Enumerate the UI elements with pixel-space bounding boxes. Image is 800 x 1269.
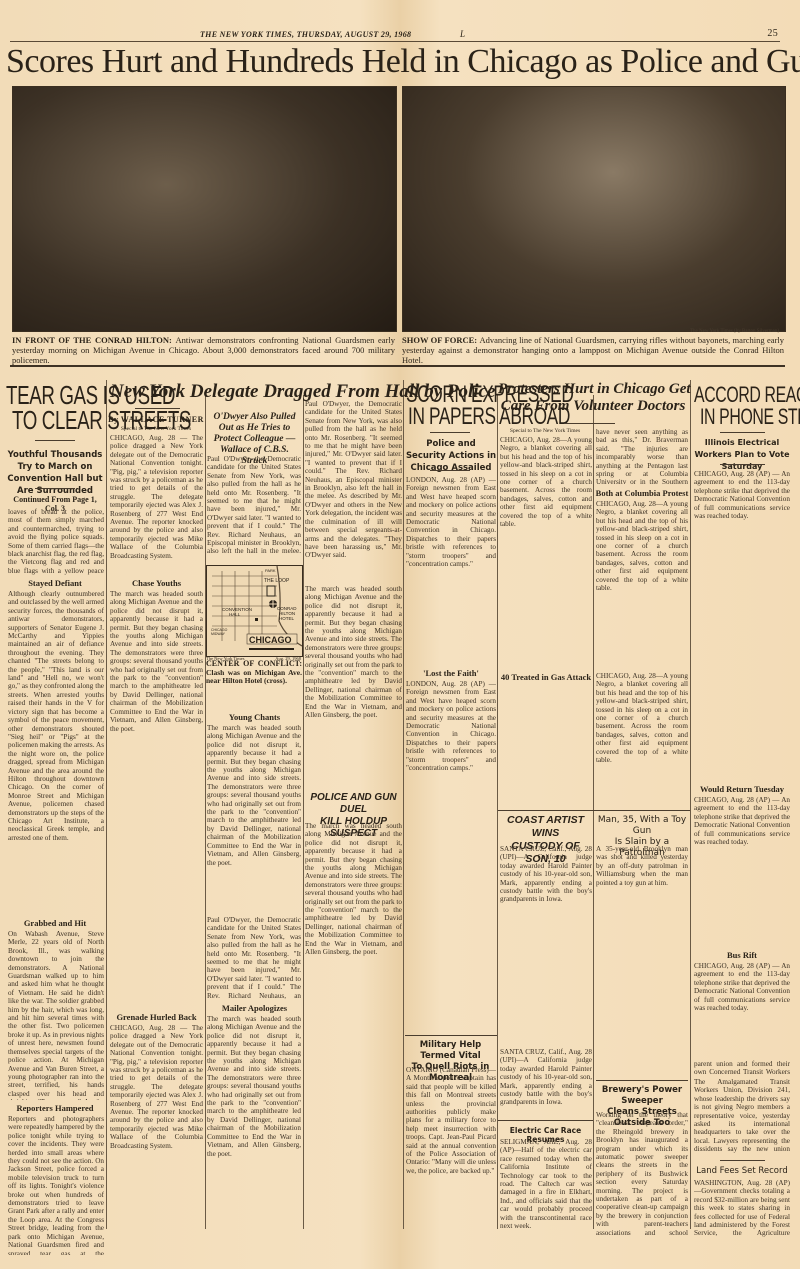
article-body: The march was headed south along Michiga…	[110, 590, 203, 1010]
article-body: parent union and formed their own Concer…	[694, 1060, 790, 1075]
column-rule	[106, 380, 107, 1229]
headline-protesters-hurt: Protesters Hurt in Chicago Get Care From…	[498, 381, 688, 415]
headline-line: Military Help Termed Vital	[404, 1040, 497, 1062]
column-rule	[303, 395, 304, 1229]
photo-conrad-hilton	[12, 86, 397, 332]
article-body: On Wabash Avenue, Steve Merle, 22 years …	[8, 930, 104, 1100]
deck-tear-gas: Youthful Thousands Try to March on Conve…	[6, 449, 104, 497]
article-body: SELIGMAN, Ariz., Aug. 28 (AP)—Half of th…	[500, 1138, 592, 1238]
subhead: Would Return Tuesday	[692, 784, 792, 794]
divider	[720, 432, 765, 433]
article-body: CHICAGO, Aug. 28 — The police dragged a …	[110, 1024, 203, 1254]
subhead: 'Lost the Faith'	[405, 668, 497, 678]
headline-line: Care From Volunteer Doctors	[498, 398, 688, 415]
article-body: CHICAGO, Aug. 28 (AP) — An agreement to …	[694, 962, 790, 1057]
article-body: loaves of bread at the police, most of t…	[8, 508, 104, 576]
article-body: SANTA CRUZ, Calif., Aug. 28 (UPI)—A Cali…	[500, 845, 592, 1045]
divider	[720, 1160, 765, 1161]
article-body: WASHINGTON, Aug. 28 (AP) —Government che…	[694, 1179, 790, 1239]
article-body: CHICAGO, Aug. 28—A young Negro, a blanke…	[596, 500, 688, 670]
subhead: Bus Rift	[692, 950, 792, 960]
svg-text:PARK: PARK	[265, 568, 276, 573]
divider	[135, 408, 180, 409]
subhead-text: O'Dwyer Also Pulled Out as He Tries to P…	[214, 412, 296, 444]
svg-text:THE LOOP: THE LOOP	[264, 578, 290, 584]
section-rule	[10, 365, 785, 367]
article-body: The march was headed south along Michiga…	[305, 585, 402, 765]
divider	[565, 423, 615, 424]
article-body: have never seen anything as bad as this,…	[596, 428, 688, 484]
folio-line: THE NEW YORK TIMES, THURSDAY, AUGUST 29,…	[10, 27, 780, 42]
article-body: Paul O'Dwyer, the Democratic candidate f…	[305, 400, 402, 580]
divider	[430, 470, 470, 471]
page-number: 25	[767, 28, 778, 39]
special-line: Special to The New York Times	[108, 426, 204, 432]
column-rule	[690, 380, 691, 1229]
headline-line: POLICE AND GUN DUEL	[305, 792, 402, 816]
article-body: ONTARIO (Canadian Press)—A Montreal poli…	[406, 1066, 496, 1256]
cross-marker-icon	[269, 600, 277, 608]
article-body: The march was headed south along Michiga…	[207, 724, 301, 914]
article-body: CHICAGO, Aug. 28 (AP) — An agreement to …	[694, 470, 790, 780]
column-rule	[403, 380, 404, 1229]
photo-credit: The New York Times (by Barton Silverman)	[690, 329, 779, 334]
headline-line: COAST ARTIST WINS	[498, 814, 593, 840]
article-body: A 35-year-old Brooklyn man was shot and …	[596, 845, 688, 1060]
article-body: Paul O'Dwyer, the Democratic candidate f…	[207, 455, 301, 555]
column-rule	[497, 395, 498, 1229]
article-body: Paul O'Dwyer, the Democratic candidate f…	[207, 916, 301, 1001]
article-body: The march was headed south along Michiga…	[207, 1015, 301, 1255]
article-body: The Amalgamated Transit Workers Union, D…	[694, 1078, 790, 1153]
deck-scorn: Police and Security Actions in Chicago A…	[405, 438, 497, 474]
edition-letter: L	[460, 29, 465, 39]
divider	[35, 488, 75, 489]
subhead: Mailer Apologizes	[207, 1003, 302, 1013]
divider	[498, 1120, 593, 1121]
newspaper-page: THE NEW YORK TIMES, THURSDAY, AUGUST 29,…	[0, 0, 800, 1269]
headline-accord-2: IN PHONE STRIKE	[700, 405, 800, 429]
headline-line: Man, 35, With a Toy Gun	[595, 815, 689, 837]
subhead: Chase Youths	[110, 578, 203, 588]
banner-headline: Scores Hurt and Hundreds Held in Chicago…	[6, 42, 796, 82]
svg-text:HALL: HALL	[229, 612, 241, 617]
byline: By WALLACE TURNER	[108, 415, 204, 424]
subhead: Young Chants	[207, 712, 302, 722]
subhead: Grabbed and Hit	[6, 918, 104, 928]
headline-line: Brewery's Power Sweeper	[594, 1085, 690, 1107]
deck-accord: Illinois Electrical Workers Plan to Vote…	[692, 437, 792, 473]
map-caption: CENTER OF CONFLICT: Clash was on Michiga…	[206, 660, 302, 686]
caption-lead: IN FRONT OF THE CONRAD HILTON:	[12, 335, 172, 345]
article-body: The march was headed south along Michiga…	[305, 822, 402, 1252]
map-caption-text: Clash was on Michigan Ave. near Hilton H…	[206, 668, 302, 686]
divider	[596, 1080, 688, 1081]
article-body: CHICAGO, Aug. 28—A young Negro, a blanke…	[596, 672, 688, 804]
subhead: Stayed Defiant	[6, 578, 104, 588]
photo-caption-right: SHOW OF FORCE: Advancing line of Nationa…	[402, 335, 784, 365]
subhead: Reporters Hampered	[6, 1103, 104, 1113]
divider	[35, 440, 75, 441]
subhead: Both at Columbia Protest	[595, 488, 689, 498]
svg-text:HOTEL: HOTEL	[279, 616, 295, 621]
article-body: LONDON, Aug. 28 (AP) — Foreign newsmen f…	[406, 680, 496, 1030]
divider	[430, 432, 470, 433]
article-body: SANTA CRUZ, Calif., Aug. 28 (UPI)—A Cali…	[500, 1048, 592, 1118]
photo-caption-left: IN FRONT OF THE CONRAD HILTON: Antiwar d…	[12, 335, 395, 365]
article-body: Although clearly outnumbered and outclas…	[8, 590, 104, 915]
special-line: Special to The New York Times	[500, 428, 590, 434]
divider	[720, 464, 765, 465]
photo-show-of-force	[402, 86, 786, 332]
svg-text:CHICAGO: CHICAGO	[249, 635, 292, 645]
column-rule	[205, 395, 206, 1229]
divider	[498, 810, 690, 811]
article-body: CHICAGO, Aug. 28—A young Negro, a blanke…	[500, 436, 592, 806]
map-graphic: PARK THE LOOP CONVENTION HALL CONRAD HIL…	[207, 566, 302, 656]
article-body: LONDON, Aug. 28 (AP) — Foreign newsmen f…	[406, 476, 496, 666]
subhead: 40 Treated in Gas Attack	[500, 672, 592, 682]
folio-dateline: THE NEW YORK TIMES, THURSDAY, AUGUST 29,…	[200, 30, 411, 39]
article-body: Working on the theory that "cleanliness …	[596, 1111, 688, 1236]
article-body: Reporters and photographers were repeate…	[8, 1115, 104, 1255]
caption-lead: SHOW OF FORCE:	[402, 335, 477, 345]
headline-land-fees: Land Fees Set Record	[692, 1166, 792, 1176]
article-body: CHICAGO, Aug. 28 — The police dragged a …	[110, 434, 203, 564]
headline-line: Protesters Hurt in Chicago Get	[498, 381, 688, 398]
subhead: Grenade Hurled Back	[110, 1012, 203, 1022]
svg-text:MIDWAY: MIDWAY	[211, 632, 226, 636]
divider	[405, 1035, 497, 1036]
article-body: CHICAGO, Aug. 28 (AP) — An agreement to …	[694, 796, 790, 946]
chicago-map: PARK THE LOOP CONVENTION HALL CONRAD HIL…	[206, 565, 303, 657]
